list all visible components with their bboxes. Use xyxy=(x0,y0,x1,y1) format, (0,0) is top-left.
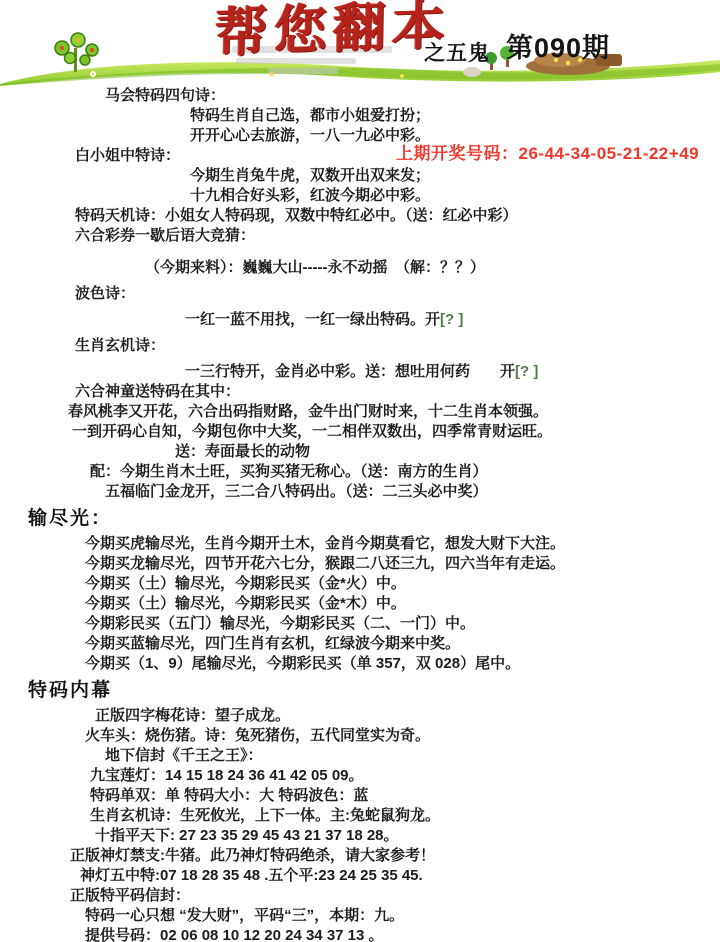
text-segment: 正版特平码信封： xyxy=(70,887,190,904)
text-line: 特码一心只想 “发大财”，平码“三”，本期：九。 xyxy=(85,906,720,926)
text-line: 马会特码四句诗： xyxy=(105,86,720,106)
text-segment: 今期买蓝输尽光，四门生肖有玄机，红绿波今期来中奖。 xyxy=(85,635,460,652)
text-segment: 正版神灯禁支:牛猪。此乃神灯特码绝杀，请大家参考！ xyxy=(70,847,435,864)
text-segment: 白小姐中特诗： xyxy=(75,147,180,164)
text-line: 春风桃李又开花，六合出码指财路，金牛出门财时来，十二生肖本领强。 xyxy=(68,402,720,422)
section-heading: 特码内幕 xyxy=(28,678,720,703)
text-line: 配：今期生肖木土旺，买狗买猪无称心。（送：南方的生肖） xyxy=(90,462,720,482)
text-line: 一红一蓝不用找，一红一绿出特码。开[? ] xyxy=(185,310,720,330)
text-line: 正版神灯禁支:牛猪。此乃神灯特码绝杀，请大家参考！ xyxy=(70,846,720,866)
text-line: 白小姐中特诗： xyxy=(75,146,720,166)
text-line: 一三行特开，金肖必中彩。送：想吐用何药 开[? ] xyxy=(185,362,720,382)
text-segment: 生肖玄机诗： xyxy=(75,337,165,354)
text-line: 今期买（土）输尽光，今期彩民买（金*火）中。 xyxy=(85,574,720,594)
text-line: （今期来料）：巍巍大山-----永不动摇 （解：？？） xyxy=(145,258,720,278)
text-segment: 波色诗： xyxy=(75,285,135,302)
text-segment: 六合彩券一歇后语大竞猜： xyxy=(75,227,255,244)
text-line: 五福临门金龙开，三二合八特码出。（送：二三头必中奖） xyxy=(105,482,720,502)
section-heading: 输尽光： xyxy=(28,506,720,531)
text-line: 神灯五中特:07 18 28 35 48 .五个平:23 24 25 35 45… xyxy=(80,866,720,886)
text-line: 今期买蓝输尽光，四门生肖有玄机，红绿波今期来中奖。 xyxy=(85,634,720,654)
header: 帮您翻本 之五鬼 第090期 xyxy=(0,0,720,90)
text-segment: 特码内幕 xyxy=(28,680,112,701)
text-segment: 送：寿面最长的动物 xyxy=(175,443,310,460)
text-line: 特码生肖自己选，都市小姐爱打扮； xyxy=(190,106,720,126)
text-segment: 今期买龙输尽光，四节开花六七分，猴跟二八还三九，四六当年有走运。 xyxy=(85,555,565,572)
text-segment: 今期生肖兔牛虎，双数开出双来发； xyxy=(190,167,430,184)
text-line: 特码天机诗：小姐女人特码现，双数中特红必中。（送：红必中彩） xyxy=(75,206,720,226)
highlighted-note: [? ] xyxy=(440,311,463,328)
text-line: 今期生肖兔牛虎，双数开出双来发； xyxy=(190,166,720,186)
text-line: 波色诗： xyxy=(75,284,720,304)
text-segment: 今期买（1、9）尾输尽光，今期彩民买（单 357，双 028）尾中。 xyxy=(85,655,520,672)
text-segment: 特码单双：单 特码大小：大 特码波色：蓝 xyxy=(90,787,368,804)
text-line: 提供号码：02 06 08 10 12 20 24 34 37 13 。 xyxy=(85,926,720,942)
text-segment: 春风桃李又开花，六合出码指财路，金牛出门财时来，十二生肖本领强。 xyxy=(68,403,548,420)
text-segment: （今期来料）：巍巍大山-----永不动摇 （解：？？） xyxy=(145,259,485,276)
text-segment: 特码天机诗：小姐女人特码现，双数中特红必中。（送：红必中彩） xyxy=(75,207,518,224)
text-segment: 十九相合好头彩，红波今期必中彩。 xyxy=(190,187,430,204)
text-segment: 今期彩民买（五门）输尽光，今期彩民买（二、一门）中。 xyxy=(85,615,475,632)
text-segment: 十指平天下: 27 23 35 29 45 43 21 37 18 28。 xyxy=(95,827,399,844)
text-line: 今期买（土）输尽光，今期彩民买（金*木）中。 xyxy=(85,594,720,614)
text-segment: 神灯五中特:07 18 28 35 48 .五个平:23 24 25 35 45… xyxy=(80,867,423,884)
text-segment: 一三行特开，金肖必中彩。送：想吐用何药 开 xyxy=(185,363,515,380)
text-line: 十指平天下: 27 23 35 29 45 43 21 37 18 28。 xyxy=(95,826,720,846)
text-line: 生肖玄机诗：生死攸光，上下一体。主:兔蛇鼠狗龙。 xyxy=(90,806,720,826)
text-segment: 开开心心去旅游，一八一九必中彩。 xyxy=(190,127,430,144)
page-title-suffix: 之五鬼 xyxy=(424,37,490,67)
text-line: 送：寿面最长的动物 xyxy=(175,442,720,462)
text-line: 今期买虎输尽光，生肖今期开土木，金肖今期莫看它，想发大财下大注。 xyxy=(85,534,720,554)
text-segment: 输尽光： xyxy=(28,508,112,529)
text-segment: 马会特码四句诗： xyxy=(105,87,225,104)
text-line: 地下信封《千王之王》： xyxy=(105,746,720,766)
watermark-blur xyxy=(268,68,338,74)
text-line: 六合彩券一歇后语大竞猜： xyxy=(75,226,720,246)
text-segment: 一到开码心自知，今期包你中大奖，一二相伴双数出，四季常青财运旺。 xyxy=(72,423,552,440)
body-lines: 马会特码四句诗：特码生肖自己选，都市小姐爱打扮；开开心心去旅游，一八一九必中彩。… xyxy=(0,86,720,942)
text-line: 火车头：烧伤猪。诗：兔死猪伤，五代同堂实为奇。 xyxy=(85,726,720,746)
text-line: 正版四字梅花诗：望子成龙。 xyxy=(95,706,720,726)
text-segment: 今期买（土）输尽光，今期彩民买（金*火）中。 xyxy=(85,575,406,592)
text-line: 特码单双：单 特码大小：大 特码波色：蓝 xyxy=(90,786,720,806)
text-segment: 火车头：烧伤猪。诗：兔死猪伤，五代同堂实为奇。 xyxy=(85,727,430,744)
text-segment: 正版四字梅花诗：望子成龙。 xyxy=(95,707,290,724)
text-line: 一到开码心自知，今期包你中大奖，一二相伴双数出，四季常青财运旺。 xyxy=(72,422,720,442)
text-segment: 配：今期生肖木土旺，买狗买猪无称心。（送：南方的生肖） xyxy=(90,463,488,480)
text-segment: 特码一心只想 “发大财”，平码“三”，本期：九。 xyxy=(85,907,404,924)
text-line: 今期彩民买（五门）输尽光，今期彩民买（二、一门）中。 xyxy=(85,614,720,634)
text-line: 正版特平码信封： xyxy=(70,886,720,906)
text-line: 开开心心去旅游，一八一九必中彩。 xyxy=(190,126,720,146)
text-segment: 地下信封《千王之王》： xyxy=(105,747,263,764)
text-segment: 今期买虎输尽光，生肖今期开土木，金肖今期莫看它，想发大财下大注。 xyxy=(85,535,565,552)
text-segment: 今期买（土）输尽光，今期彩民买（金*木）中。 xyxy=(85,595,406,612)
text-segment: 九宝莲灯：14 15 18 24 36 41 42 05 09。 xyxy=(90,767,364,784)
text-line: 今期买龙输尽光，四节开花六七分，猴跟二八还三九，四六当年有走运。 xyxy=(85,554,720,574)
text-segment: 特码生肖自己选，都市小姐爱打扮； xyxy=(190,107,430,124)
text-line: 六合神童送特码在其中： xyxy=(75,382,720,402)
text-line: 九宝莲灯：14 15 18 24 36 41 42 05 09。 xyxy=(90,766,720,786)
text-line: 今期买（1、9）尾输尽光，今期彩民买（单 357，双 028）尾中。 xyxy=(85,654,720,674)
text-line: 生肖玄机诗： xyxy=(75,336,720,356)
issue-number: 第090期 xyxy=(506,26,610,65)
page: 帮您翻本 之五鬼 第090期 上期开奖号码：26-44-34-05-21-22+… xyxy=(0,0,720,942)
text-segment: 生肖玄机诗：生死攸光，上下一体。主:兔蛇鼠狗龙。 xyxy=(90,807,440,824)
text-segment: 提供号码：02 06 08 10 12 20 24 34 37 13 。 xyxy=(85,927,384,942)
text-segment: 六合神童送特码在其中： xyxy=(75,383,240,400)
page-title: 帮您翻本 xyxy=(215,0,452,64)
text-segment: 一红一蓝不用找，一红一绿出特码。开 xyxy=(185,311,440,328)
text-segment: 五福临门金龙开，三二合八特码出。（送：二三头必中奖） xyxy=(105,483,488,500)
text-line: 十九相合好头彩，红波今期必中彩。 xyxy=(190,186,720,206)
highlighted-note: [? ] xyxy=(515,363,538,380)
